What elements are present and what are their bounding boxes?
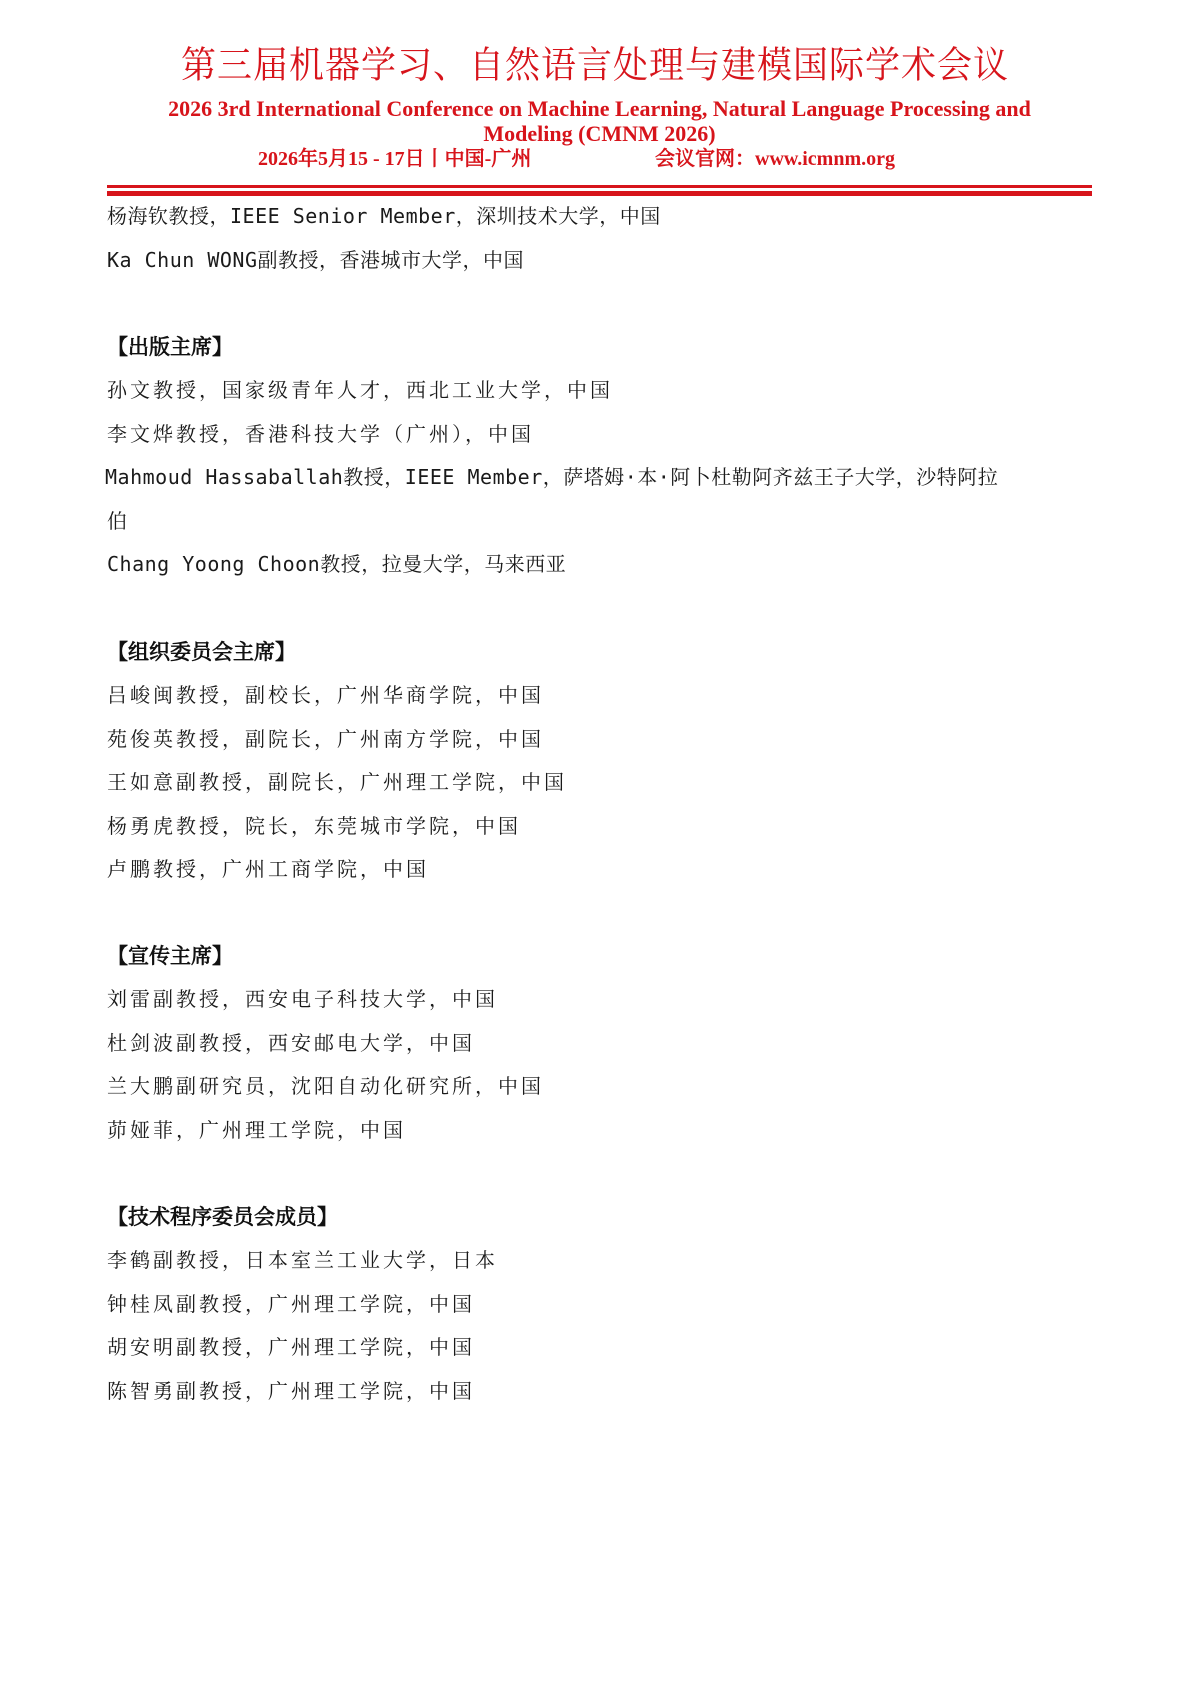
document-page: 第三届机器学习、自然语言处理与建模国际学术会议 2026 3rd Interna… [0, 0, 1190, 1683]
committee-entry: 李文烨教授，香港科技大学（广州），中国 [107, 419, 534, 449]
header-divider-thin [107, 185, 1092, 188]
section-heading-publicity-chairs: 【宣传主席】 [107, 941, 233, 971]
committee-entry: 钟桂凤副教授，广州理工学院，中国 [107, 1289, 475, 1319]
committee-entry: 陈智勇副教授，广州理工学院，中国 [107, 1376, 475, 1406]
section-heading-tpc-members: 【技术程序委员会成员】 [107, 1202, 338, 1232]
committee-entry: 杨海钦教授，IEEE Senior Member，深圳技术大学，中国 [107, 201, 661, 231]
committee-entry: 杜剑波副教授，西安邮电大学，中国 [107, 1028, 475, 1058]
conference-date-location: 2026年5月15 - 17日丨中国-广州 [258, 146, 531, 172]
committee-entry-continuation: 伯 [107, 506, 128, 536]
committee-entry: Chang Yoong Choon教授，拉曼大学，马来西亚 [107, 549, 566, 579]
header-divider-thick [107, 191, 1092, 196]
conference-title-cn: 第三届机器学习、自然语言处理与建模国际学术会议 [0, 43, 1190, 89]
conference-title-en-line1: 2026 3rd International Conference on Mac… [107, 96, 1092, 121]
committee-entry: 李鹤副教授，日本室兰工业大学，日本 [107, 1245, 498, 1275]
committee-entry: 苑俊英教授，副院长，广州南方学院，中国 [107, 724, 544, 754]
committee-entry: 茆娅菲，广州理工学院，中国 [107, 1115, 406, 1145]
committee-entry: 吕峻闽教授，副校长，广州华商学院，中国 [107, 680, 544, 710]
section-heading-publication-chairs: 【出版主席】 [107, 332, 233, 362]
committee-entry: 胡安明副教授，广州理工学院，中国 [107, 1332, 475, 1362]
conference-title-en-line2: Modeling (CMNM 2026) [107, 121, 1092, 146]
committee-entry: 孙文教授，国家级青年人才，西北工业大学，中国 [107, 375, 613, 405]
committee-entry: Ka Chun WONG副教授，香港城市大学，中国 [107, 245, 524, 275]
committee-entry: 王如意副教授，副院长，广州理工学院，中国 [107, 767, 567, 797]
committee-entry: 兰大鹏副研究员，沈阳自动化研究所，中国 [107, 1071, 544, 1101]
committee-entry: Mahmoud Hassaballah教授，IEEE Member，萨塔姆·本·… [105, 462, 998, 492]
section-heading-organizing-chairs: 【组织委员会主席】 [107, 637, 296, 667]
committee-entry: 刘雷副教授，西安电子科技大学，中国 [107, 984, 498, 1014]
conference-website: 会议官网：www.icmnm.org [655, 146, 895, 172]
committee-entry: 杨勇虎教授，院长，东莞城市学院，中国 [107, 811, 521, 841]
conference-meta: 2026年5月15 - 17日丨中国-广州 会议官网：www.icmnm.org [0, 146, 1190, 172]
committee-entry: 卢鹏教授，广州工商学院，中国 [107, 854, 429, 884]
